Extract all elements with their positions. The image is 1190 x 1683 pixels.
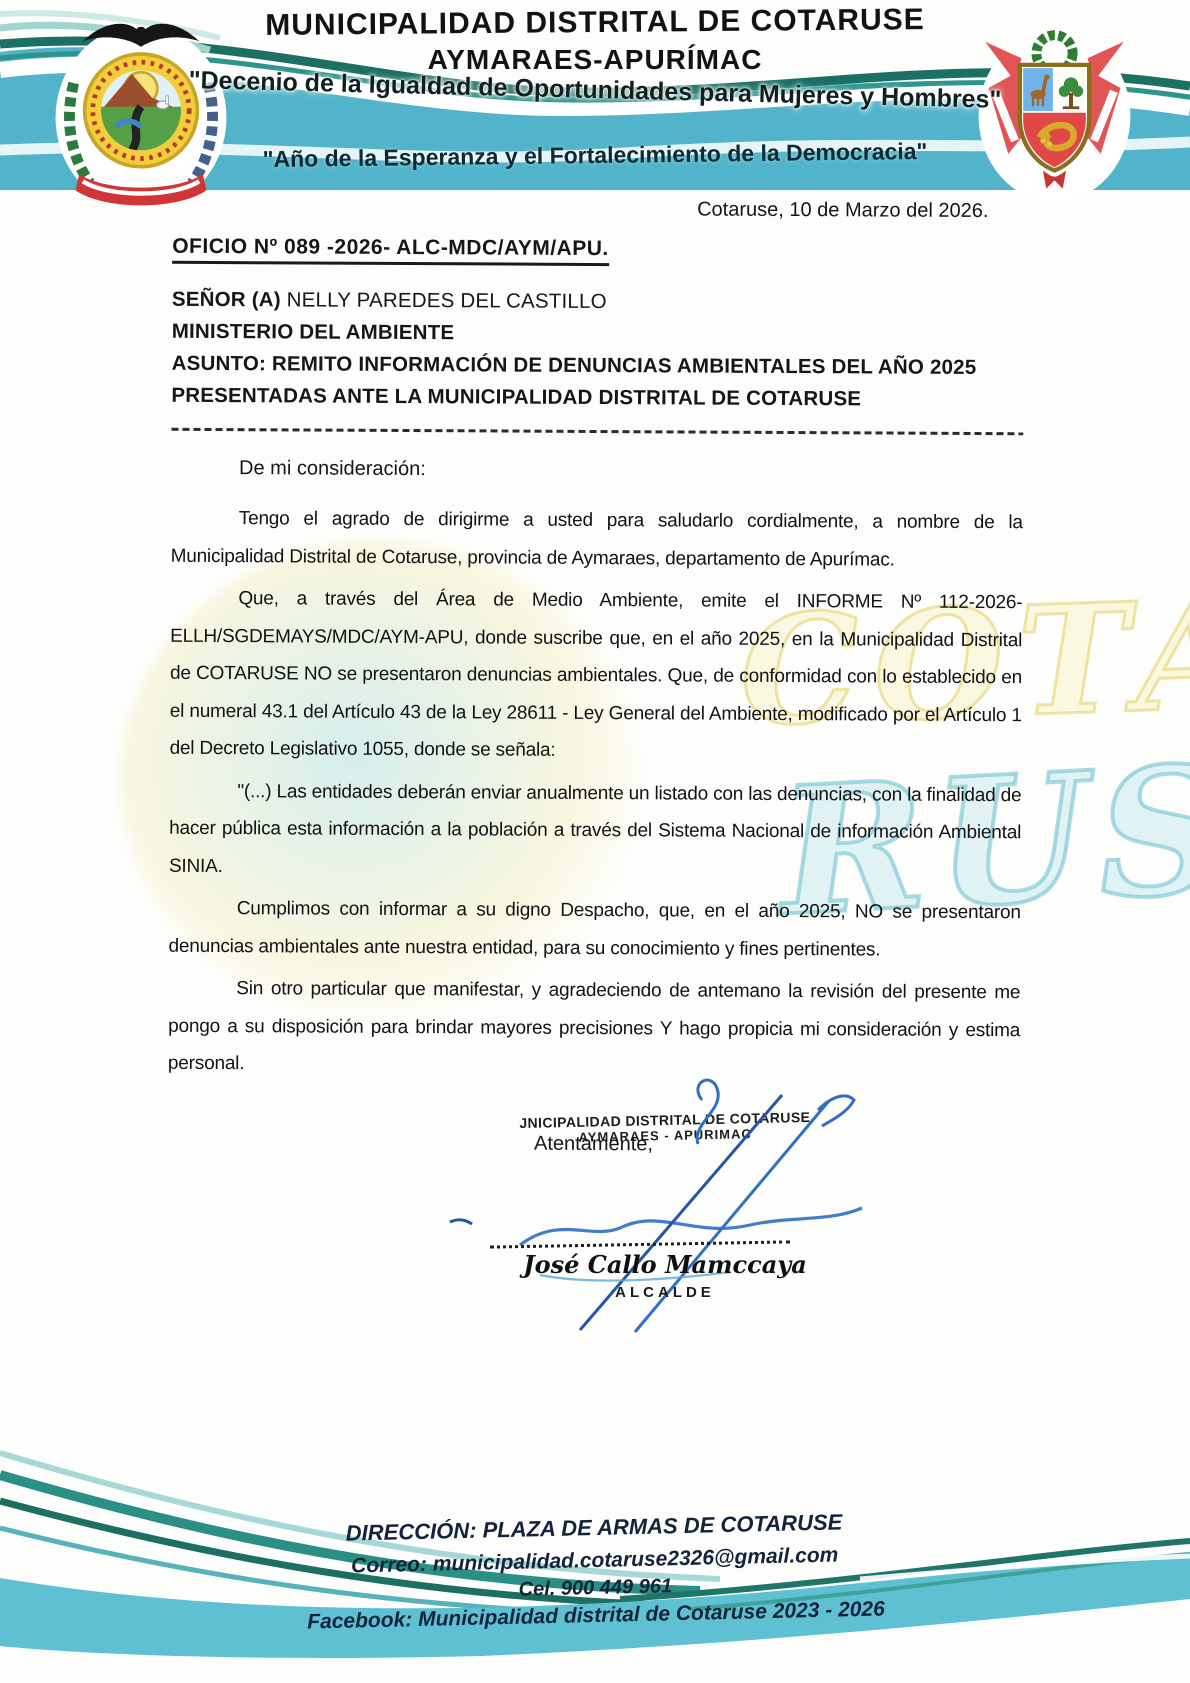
subject-label: ASUNTO: — [172, 352, 267, 375]
salutation: De mi consideración: — [239, 457, 1023, 484]
date-line: Cotaruse, 10 de Marzo del 2026. — [172, 196, 1024, 223]
subject-line: ASUNTO: REMITO INFORMACIÓN DE DENUNCIAS … — [171, 348, 1023, 416]
paragraph: "(...) Las entidades deberán enviar anua… — [169, 772, 1022, 889]
paragraph: Tengo el agrado de dirigirme a usted par… — [171, 500, 1023, 579]
oficio-number: OFICIO Nº 089 -2026- ALC-MDC/AYM/APU. — [172, 235, 1024, 268]
recipient-line: SEÑOR (A) NELLY PAREDES DEL CASTILLO — [172, 284, 1024, 320]
recipient-org: MINISTERIO DEL AMBIENTE — [172, 316, 1024, 352]
recipient-block: SEÑOR (A) NELLY PAREDES DEL CASTILLO MIN… — [171, 284, 1024, 416]
document-page: MUNICIPALIDAD DISTRITAL DE COTARUSE AYMA… — [0, 0, 1190, 1683]
signature-block: JNICIPALIDAD DISTRITAL DE COTARUSE AYMAR… — [430, 1080, 900, 1350]
dashed-separator — [171, 428, 1023, 435]
subject-text: REMITO INFORMACIÓN DE DENUNCIAS AMBIENTA… — [171, 352, 976, 410]
letter-body: Cotaruse, 10 de Marzo del 2026. OFICIO N… — [167, 188, 1024, 1158]
paragraph: Cumplimos con informar a su digno Despac… — [168, 890, 1020, 969]
recipient-label: SEÑOR (A) — [172, 288, 281, 312]
paragraphs: Tengo el agrado de dirigirme a usted par… — [168, 500, 1023, 1087]
signer-name: José Callo Mamccaya — [430, 1250, 900, 1279]
paragraph: Que, a través del Área de Medio Ambiente… — [169, 580, 1022, 772]
recipient-name: NELLY PAREDES DEL CASTILLO — [287, 288, 607, 313]
signer-title: ALCALDE — [430, 1284, 900, 1301]
